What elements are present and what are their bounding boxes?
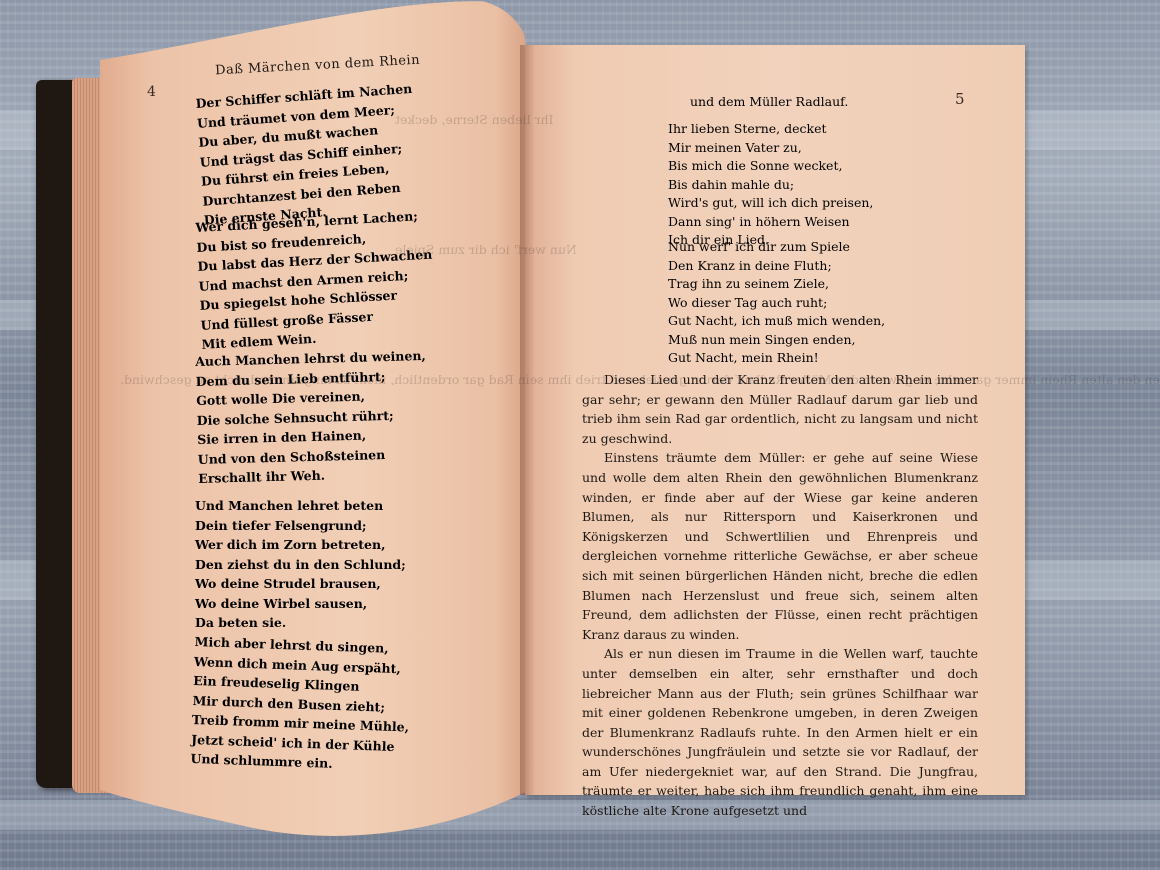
verse-line: Dein tiefer Felsengrund; (195, 516, 406, 536)
stanza: Auch Manchen lehrst du weinen, Dem du se… (195, 346, 429, 488)
paragraph: Als er nun diesen im Traume in die Welle… (582, 644, 978, 820)
verse-line: Und Manchen lehret beten (195, 496, 406, 516)
verse-line: Nun werf' ich dir zum Spiele (668, 238, 885, 257)
verse-line: Dann sing' in höhern Weisen (668, 213, 873, 232)
verse-line: Wird's gut, will ich dich preisen, (668, 194, 873, 213)
verse-line: Den ziehst du in den Schlund; (195, 555, 406, 575)
verse-line: Da beten sie. (195, 613, 406, 633)
verse-line: Trag ihn zu seinem Ziele, (668, 275, 885, 294)
page-number-left: 4 (147, 84, 156, 100)
verse-line: Bis dahin mahle du; (668, 176, 873, 195)
verse-line: Ihr lieben Sterne, decket (668, 120, 873, 139)
stanza: Und Manchen lehret beten Dein tiefer Fel… (195, 496, 406, 633)
paragraph: Dieses Lied und der Kranz freuten den al… (582, 370, 978, 448)
stanza: Ihr lieben Sterne, decket Mir meinen Vat… (668, 120, 873, 250)
stanza: Wer dich geseh'n, lernt Lachen; Du bist … (195, 206, 437, 355)
verse-line: Wer dich im Zorn betreten, (195, 535, 406, 555)
stanza: Mich aber lehrst du singen, Wenn dich me… (190, 632, 412, 776)
verse-line: Wo deine Strudel brausen, (195, 574, 406, 594)
prose-block: Dieses Lied und der Kranz freuten den al… (582, 370, 978, 821)
verse-line: Wo dieser Tag auch ruht; (668, 294, 885, 313)
verse-line: Mir meinen Vater zu, (668, 139, 873, 158)
bleed-through-text: Ihr lieben Sterne, decket (395, 110, 554, 130)
book-gutter (520, 45, 534, 795)
verse-line: Wo deine Wirbel sausen, (195, 594, 406, 614)
stanza: Nun werf' ich dir zum Spiele Den Kranz i… (668, 238, 885, 368)
verse-line: Den Kranz in deine Fluth; (668, 257, 885, 276)
running-head-right: und dem Müller Radlauf. (690, 94, 848, 109)
page-number-right: 5 (955, 90, 965, 108)
verse-line: Gut Nacht, mein Rhein! (668, 349, 885, 368)
verse-line: Bis mich die Sonne wecket, (668, 157, 873, 176)
verse-line: Gut Nacht, ich muß mich wenden, (668, 312, 885, 331)
verse-line: Muß nun mein Singen enden, (668, 331, 885, 350)
paragraph: Einstens träumte dem Müller: er gehe auf… (582, 448, 978, 644)
